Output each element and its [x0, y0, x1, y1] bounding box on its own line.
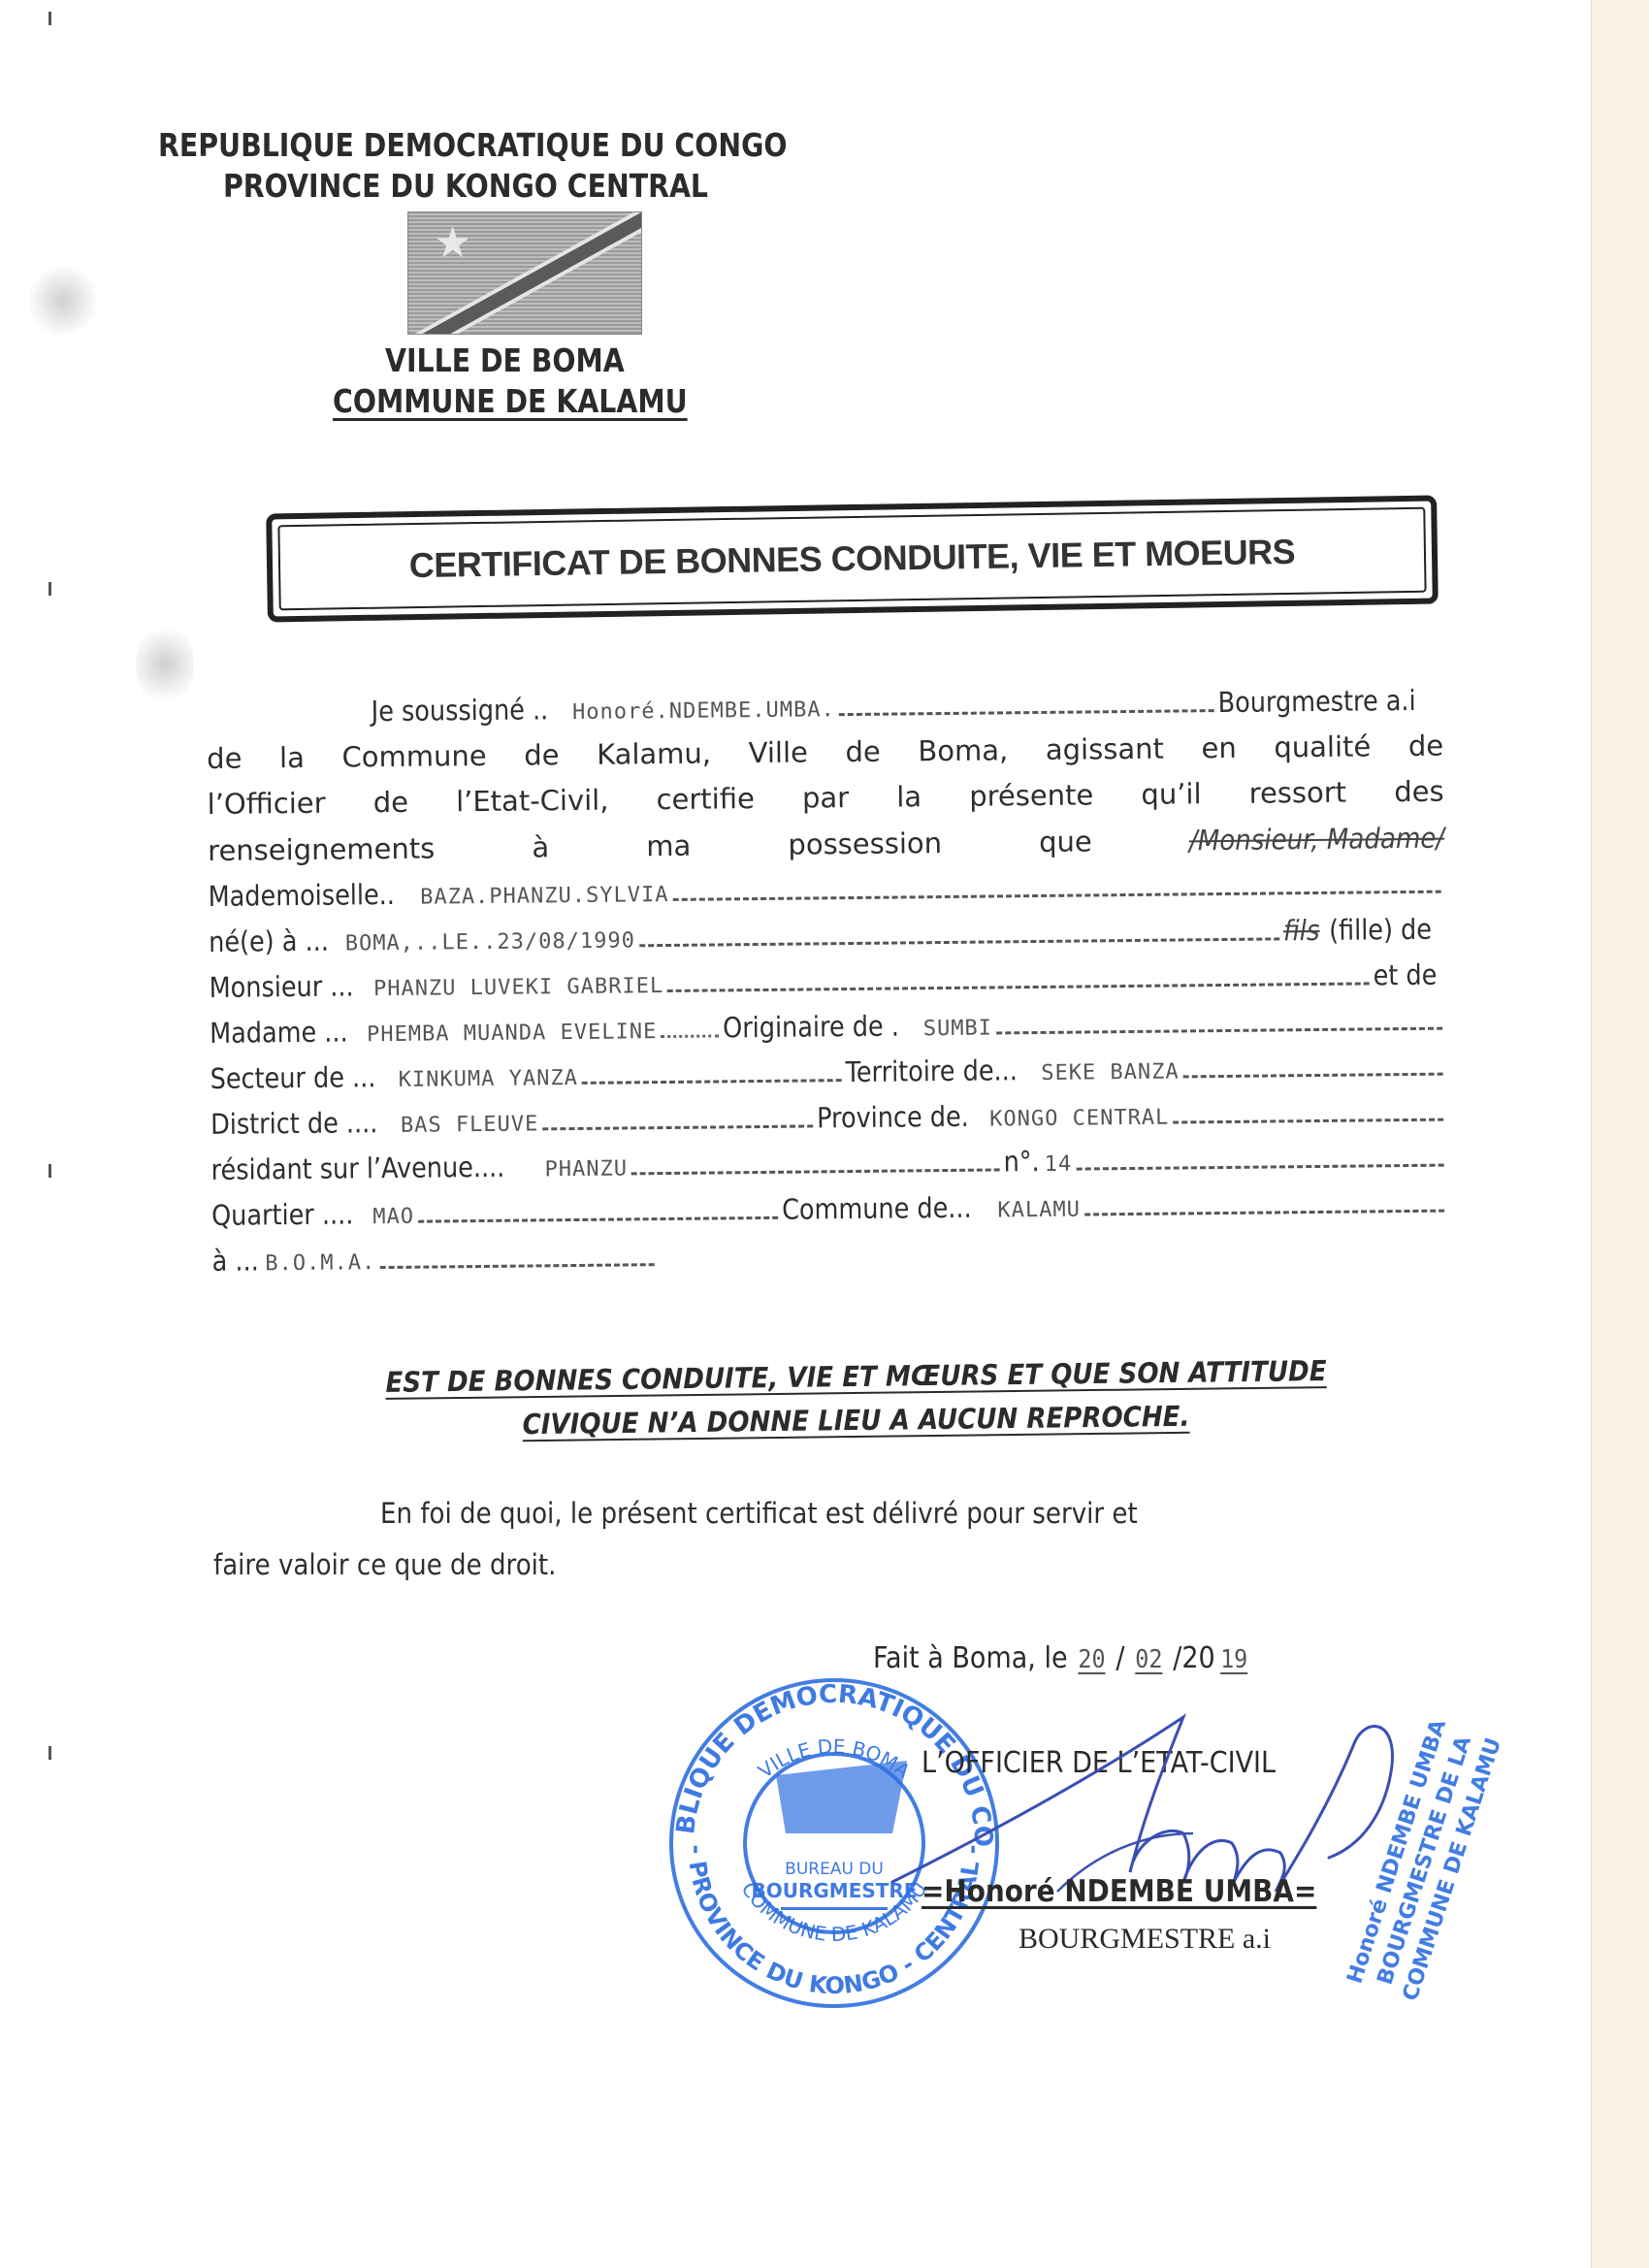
word: de: [373, 786, 409, 819]
word: que: [1039, 825, 1092, 859]
fill-line: [1173, 1118, 1443, 1124]
father-label: Monsieur ...: [209, 969, 353, 1004]
signer-name: =Honoré NDEMBE UMBA=: [921, 1874, 1316, 1909]
word: en: [1201, 731, 1237, 764]
word: Ville: [748, 735, 808, 769]
word: présente: [969, 778, 1093, 812]
sector-field: KINKUMA YANZA: [399, 1066, 578, 1092]
fill-line: [661, 1034, 719, 1038]
struck-salutation: /Monsieur, Madame/: [1189, 822, 1445, 858]
quarter-label: Quartier ....: [211, 1197, 354, 1232]
word: par: [802, 781, 849, 815]
date-month: 02: [1124, 1645, 1173, 1674]
fill-line: [542, 1124, 813, 1130]
body-line-4: renseignementsàmapossessionque /Monsieur…: [208, 822, 1444, 867]
officer-title: L’OFFICIER DE L’ETAT-CIVIL: [921, 1746, 1276, 1780]
fill-line: [582, 1079, 842, 1085]
scan-smudge: [136, 621, 194, 708]
word: de: [524, 738, 560, 771]
header-province: PROVINCE DU KONGO CENTRAL: [223, 167, 708, 205]
territory-label: Territoire de...: [846, 1053, 1018, 1088]
territory-field: SEKE BANZA: [1041, 1059, 1180, 1085]
fill-line: [673, 891, 1441, 901]
mademoiselle-label: Mademoiselle..: [208, 878, 395, 913]
fill-line: [1076, 1164, 1443, 1171]
quarter-field: MAO: [372, 1205, 414, 1229]
header-country: REPUBLIQUE DEMOCRATIQUE DU CONGO: [158, 126, 788, 164]
closing-line-1: En foi de quoi, le présent certificat es…: [380, 1497, 1138, 1530]
fill-line: [418, 1216, 778, 1223]
word: l’Officier: [208, 787, 326, 821]
birth-field: BOMA,..LE..23/08/1990: [345, 928, 635, 956]
declaration-line-1: EST DE BONNES CONDUITE, VIE ET MŒURS ET …: [326, 1353, 1387, 1399]
district-label: District de ....: [210, 1106, 378, 1141]
date-century: /20: [1173, 1641, 1214, 1675]
word: l’Etat-Civil,: [456, 784, 609, 819]
svg-text:BUREAU DU: BUREAU DU: [785, 1860, 884, 1879]
commune-field: KALAMU: [997, 1198, 1081, 1223]
svg-text:- PROVINCE DU KONGO - CENTRAL: - PROVINCE DU KONGO - CENTRAL -: [683, 1844, 986, 1999]
word: à: [532, 830, 549, 863]
word: renseignements: [208, 832, 435, 867]
mother-label: Madame ...: [210, 1015, 348, 1049]
father-tail: et de: [1374, 958, 1438, 992]
svg-text:BOURGMESTRE DE LA: BOURGMESTRE DE LA: [1374, 1733, 1477, 1988]
origin-field: SUMBI: [923, 1016, 992, 1041]
certificate-title-box: CERTIFICAT DE BONNES CONDUITE, VIE ET MO…: [266, 496, 1439, 623]
commune-label: Commune de...: [782, 1191, 972, 1226]
fill-line: [1084, 1210, 1444, 1216]
word: la: [279, 741, 305, 774]
fill-line: [839, 709, 1214, 716]
declaration-line-2: CIVIQUE N’A DONNE LIEU A AUCUN REPROCHE.: [326, 1397, 1387, 1442]
body-line-2: delaCommunedeKalamu,VilledeBoma,agissant…: [207, 729, 1443, 775]
province-field: KONGO CENTRAL: [989, 1106, 1169, 1132]
svg-text:VILLE DE BOMA: VILLE DE BOMA: [754, 1734, 915, 1783]
rect-official-stamp: Honoré NDEMBE UMBA BOURGMESTRE DE LA COM…: [1309, 1678, 1552, 2047]
avenue-field: PHANZU: [544, 1156, 628, 1182]
issue-date: Fait à Boma, le20/02/2019: [873, 1641, 1253, 1675]
date-year: 19: [1215, 1645, 1253, 1674]
svg-text:Honoré NDEMBE UMBA: Honoré NDEMBE UMBA: [1342, 1717, 1451, 1987]
header-commune: COMMUNE DE KALAMU: [333, 382, 688, 420]
signatory-title: Bourgmestre a.i: [1218, 684, 1416, 719]
round-official-stamp: REPUBLIQUE DEMOCRATIQUE DU CONGO - PROVI…: [660, 1669, 1009, 2018]
margin-mark: [48, 1746, 51, 1760]
mother-name-field: PHEMBA MUANDA EVELINE: [367, 1020, 657, 1047]
word: des: [1394, 775, 1444, 809]
fill-line: [667, 982, 1370, 992]
intro-label: Je soussigné ..: [372, 693, 549, 728]
word: ma: [646, 829, 691, 862]
word: possession: [788, 826, 942, 861]
father-name-field: PHANZU LUVEKI GABRIEL: [373, 974, 663, 1001]
paper-edge: [1591, 0, 1649, 2268]
margin-mark: [48, 1164, 51, 1178]
fill-line: [1183, 1073, 1443, 1079]
word: de: [845, 735, 881, 768]
word: la: [896, 780, 921, 813]
fill-line: [631, 1168, 999, 1175]
margin-mark: [48, 12, 51, 25]
fille-label: (fille) de: [1329, 913, 1432, 947]
fill-line: [639, 937, 1279, 947]
signer-role: BOURGMESTRE a.i: [1018, 1923, 1271, 1956]
word: agissant: [1046, 732, 1164, 766]
closing-line-2: faire valoir ce que de droit.: [213, 1548, 556, 1581]
struck-fils: fils: [1283, 914, 1320, 947]
avenue-label: résidant sur l’Avenue....: [210, 1150, 504, 1186]
svg-text:BOURGMESTRE: BOURGMESTRE: [752, 1879, 918, 1902]
province-label: Province de.: [817, 1100, 969, 1135]
svg-text:COMMUNE DE KALAMU: COMMUNE DE KALAMU: [737, 1878, 932, 1946]
body-line-3: l’Officierdel’Etat-Civil,certifieparlapr…: [208, 775, 1444, 821]
word: de: [207, 742, 242, 775]
number-field: 14: [1045, 1152, 1073, 1177]
drc-flag-icon: ★: [407, 211, 642, 335]
district-field: BAS FLEUVE: [401, 1112, 539, 1137]
city-label: à ...: [211, 1244, 258, 1278]
certificate-title: CERTIFICAT DE BONNES CONDUITE, VIE ET MO…: [409, 532, 1296, 586]
date-day: 20: [1068, 1645, 1116, 1674]
born-label: né(e) à ...: [209, 924, 329, 958]
fill-line: [996, 1027, 1442, 1035]
scan-smudge: [29, 262, 97, 340]
word: ressort: [1249, 776, 1347, 810]
word: Kalamu,: [597, 737, 711, 771]
word: qu’il: [1141, 777, 1201, 811]
number-label: n°.: [1003, 1145, 1039, 1178]
word: qualité: [1274, 729, 1371, 763]
person-name-field: BAZA.PHANZU.SYLVIA: [420, 883, 669, 910]
word: de: [1408, 729, 1444, 762]
svg-text:COMMUNE DE KALAMU: COMMUNE DE KALAMU: [1399, 1735, 1506, 2004]
signatory-field: Honoré.NDEMBE.UMBA.: [572, 697, 835, 725]
word: certifie: [656, 782, 755, 816]
star-icon: ★: [434, 222, 471, 265]
word: Commune: [341, 739, 486, 774]
city-field: B.O.M.A.: [265, 1250, 375, 1276]
sector-label: Secteur de ...: [210, 1060, 375, 1095]
date-label: Fait à Boma, le: [873, 1641, 1068, 1675]
word: Boma,: [918, 733, 1008, 767]
margin-mark: [48, 582, 51, 596]
origin-label: Originaire de .: [723, 1009, 899, 1044]
fill-line: [379, 1263, 654, 1269]
header-city: VILLE DE BOMA: [385, 341, 625, 379]
